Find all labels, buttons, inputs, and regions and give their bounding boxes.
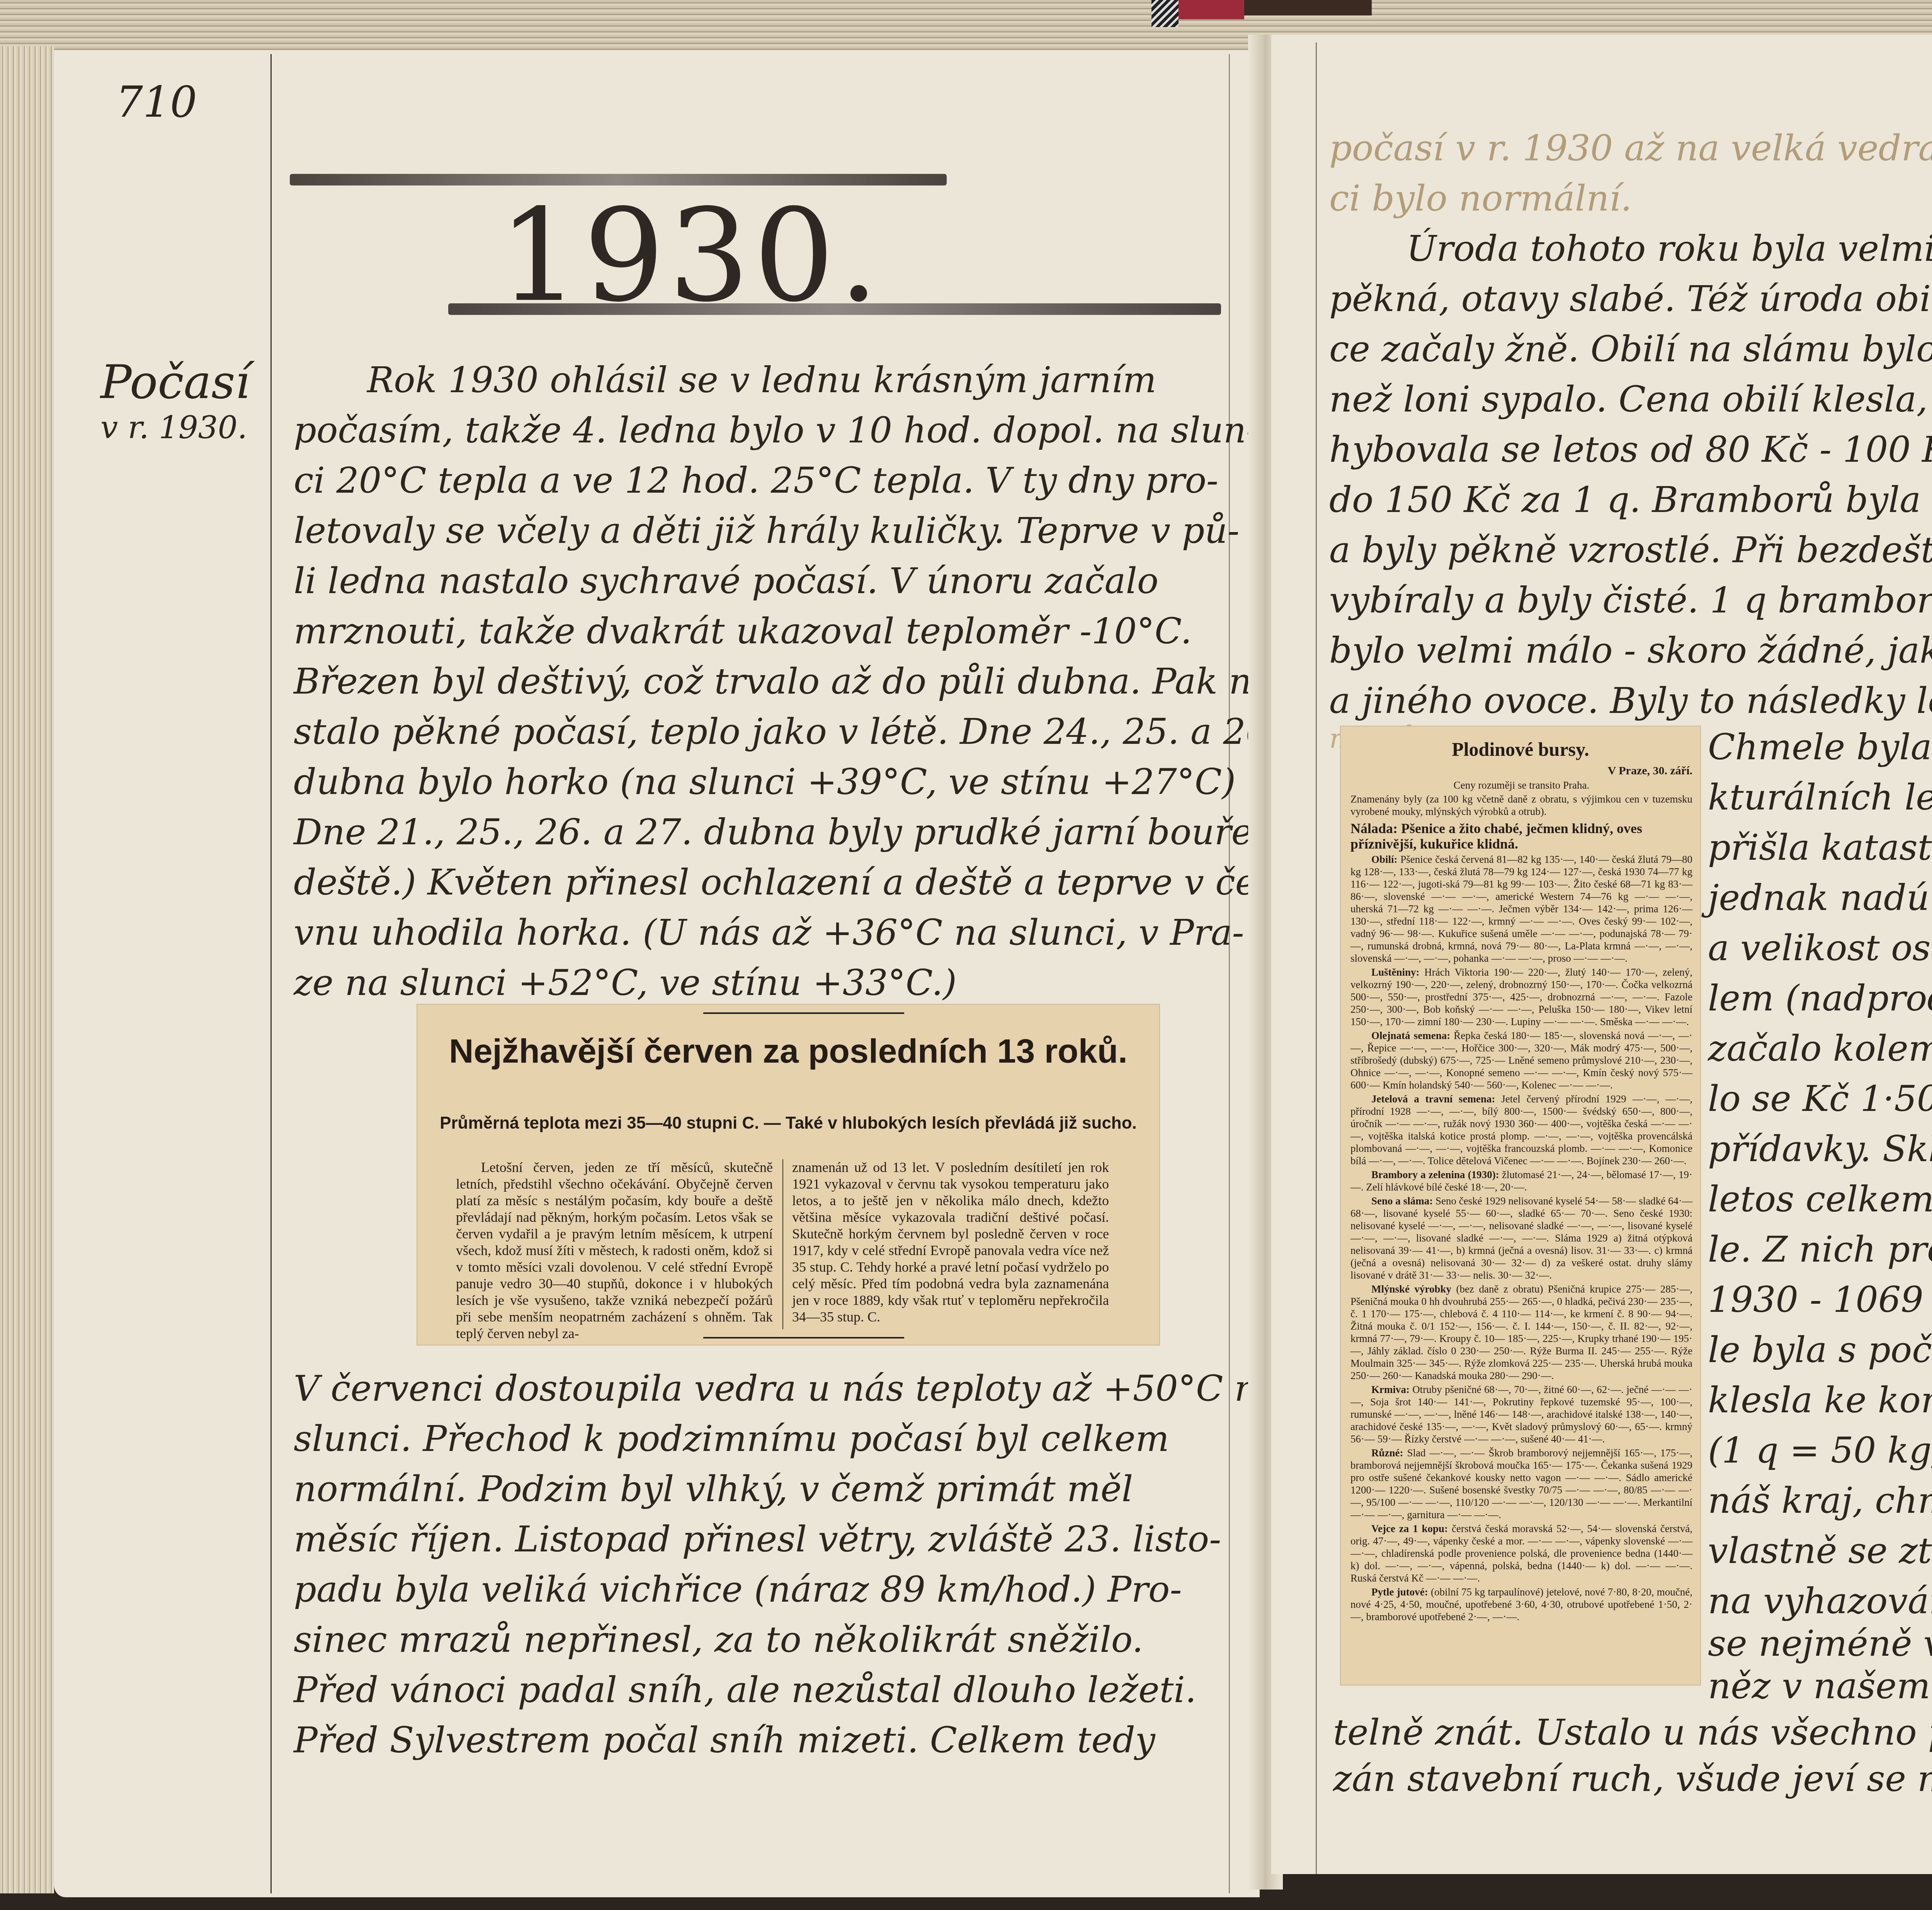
left-page-inner-rule	[1229, 54, 1230, 1893]
text-line: na vyhazování chmelnic (1/3 má	[1708, 1580, 1932, 1622]
page-number-left: 710	[116, 77, 197, 127]
text-line: Před vánoci padal sníh, ale nezůstal dlo…	[294, 1669, 1196, 1711]
text-line: do 150 Kč za 1 q. Bramborů byla letos op…	[1329, 479, 1932, 520]
clipping-market-mood: Nálada: Pšenice a žito chabé, ječmen kli…	[1350, 821, 1692, 852]
margin-note-weather: Počasí	[100, 355, 250, 409]
text-line: Dne 21., 25., 26. a 27. dubna byly prudk…	[294, 811, 1333, 853]
text-line: zán stavební ruch, všude jeví se nedosta…	[1333, 1758, 1932, 1799]
text-line: začalo kolem 20. srpna. Plati-	[1708, 1028, 1932, 1069]
clipping-column-divider	[782, 1159, 783, 1329]
clipping-section-oilseeds: Olejnatá semena: Řepka česká 180·— 185·—…	[1350, 1029, 1692, 1091]
text-line: letovaly se včely a děti již hrály kulič…	[294, 510, 1240, 551]
clipping-headline: Nejžhavější červen za posledních 13 roků…	[417, 1032, 1159, 1070]
text-line: Březen byl deštivý, což trvalo až do půl…	[294, 661, 1285, 702]
clipping-note: Ceny rozuměji se transito Praha.	[1350, 779, 1692, 791]
text-line: le byla s počátku 450 Kč, která	[1708, 1329, 1932, 1371]
text-line: měsíc říjen. Listopad přinesl větry, zvl…	[294, 1519, 1221, 1560]
text-line: než loni sypalo. Cena obilí klesla, takž…	[1329, 379, 1932, 420]
bookmark-ribbon-red	[1179, 0, 1244, 19]
text-line: le. Z nich prodáno do konce r.	[1708, 1229, 1932, 1270]
text-line: padu byla veliká vichřice (náraz 89 km/h…	[294, 1569, 1182, 1610]
text-line: se nejméně vyhodit.) Úbytek pe-	[1708, 1623, 1932, 1664]
clipping-section-jute-bags: Pytle jutové: (obilní 75 kg tarpaulínové…	[1350, 1586, 1692, 1623]
clipping-section-hay-straw: Seno a sláma: Seno české 1929 nelisované…	[1350, 1195, 1692, 1281]
year-heading-bar-bottom	[448, 303, 1221, 315]
text-line: a byly pěkně vzrostlé. Při bezdeštném po…	[1329, 529, 1932, 571]
clipping-section-grain: Obilí: Pšenice česká červená 81—82 kg 13…	[1350, 853, 1692, 964]
clipping-section-clover-grass-seeds: Jetelová a travní semena: Jetel červený …	[1350, 1093, 1692, 1167]
clipping-dateline: V Praze, 30. září.	[1341, 764, 1692, 777]
clipping-section-potatoes-vegetables: Brambory a zelenina (1930): žlutomasé 21…	[1350, 1168, 1692, 1193]
clipping-subheadline: Průměrná teplota mezi 35—40 stupni C. — …	[433, 1113, 1144, 1134]
text-line: přídavky. Sklidilo se v naší obci	[1708, 1128, 1932, 1170]
text-line: Chmele byla nadúroda. Po konjun-	[1708, 726, 1932, 768]
clipping-section-legumes: Luštěniny: Hrách Viktoria 190·— 220·—, ž…	[1350, 966, 1692, 1028]
text-line: lem (nadprodukce.) Česati se	[1708, 978, 1932, 1019]
text-line: deště.) Květen přinesl ochlazení a deště…	[294, 862, 1285, 903]
text-line: sinec mrazů nepřinesl, za to několikrát …	[294, 1619, 1143, 1660]
text-line: li ledna nastalo sychravé počasí. V únor…	[294, 560, 1158, 602]
clipping-column-2: znamenán už od 13 let. V posledním desít…	[792, 1159, 1109, 1325]
text-line: 1930 - 1069 žoků. Cena 1 q chme-	[1708, 1279, 1932, 1320]
text-line: klesla ke konci roku na 200 Kč	[1708, 1379, 1932, 1421]
text-line: ze na slunci +52°C, ve stínu +33°C.)	[294, 962, 957, 1003]
bookmark-ribbon-striped	[1151, 0, 1179, 27]
text-line: lo se Kč 1·50 od věrtele a obvyklé	[1708, 1078, 1932, 1119]
clipping-column-1: Letošní červen, jeden ze tří měsíců, sku…	[456, 1159, 773, 1342]
text-line: dubna bylo horko (na slunci +39°C, ve st…	[294, 761, 1236, 803]
text-line: něz v našem kraji všude je ci-	[1708, 1665, 1932, 1707]
left-margin-rule	[270, 54, 272, 1893]
text-line: přišla katastrofa. Způsobila ji	[1708, 827, 1932, 868]
text-line: pěkná, otavy slabé. Též úroda obilí hojn…	[1329, 278, 1932, 320]
right-page-inner-rule	[1316, 43, 1317, 1874]
clipping-intro: Znamenány byly (za 100 kg včetně daně z …	[1350, 793, 1692, 818]
text-line: Před Sylvestrem počal sníh mizeti. Celke…	[294, 1720, 1155, 1761]
margin-note-weather-year: v r. 1930.	[100, 410, 247, 446]
text-line: ci 20°C tepla a ve 12 hod. 25°C tepla. V…	[294, 460, 1218, 501]
text-line: ce začaly žně. Obilí na slámu bylo hodně…	[1329, 328, 1932, 370]
bookmark-ribbon-dark	[1244, 0, 1372, 15]
text-line: vlastně se ztrátou. Všude padá se	[1708, 1530, 1932, 1572]
text-line: letos celkem 1800 balíků chme-	[1708, 1179, 1932, 1220]
text-line: telně znát. Ustalo u nás všechno podniká…	[1333, 1712, 1932, 1753]
text-line: jednak nadúroda posledních let	[1708, 877, 1932, 918]
text-line: vnu uhodila horka. (U nás až +36°C na sl…	[294, 912, 1244, 953]
text-line: kturálních letech pro chmelaře	[1708, 777, 1932, 818]
text-line: slunci. Přechod k podzimnímu počasí byl …	[294, 1418, 1169, 1459]
text-line: počasím, takže 4. ledna bylo v 10 hod. d…	[294, 410, 1258, 451]
text-line: (1 q = 50 kg). Je to kritické pro	[1708, 1430, 1932, 1471]
text-line: počasí v r. 1930 až na velká vedra v čer…	[1329, 128, 1932, 169]
text-line: V červenci dostoupila vedra u nás teplot…	[294, 1368, 1279, 1409]
text-line: bylo velmi málo - skoro žádné, jakož i j…	[1329, 630, 1932, 671]
clipping-section-misc: Různé: Slad —·—, —·— Škrob bramborový ne…	[1350, 1447, 1692, 1521]
text-line: mrznouti, takže dvakrát ukazoval teplomě…	[294, 611, 1192, 652]
text-line: a jiného ovoce. Byly to následky loňskýc…	[1329, 680, 1932, 721]
newspaper-clipping-june-heat: Nejžhavější červen za posledních 13 roků…	[417, 1005, 1159, 1345]
clipping-section-mill-products: Mlýnské výrobky (bez daně z obratu) Pšen…	[1350, 1283, 1692, 1382]
text-line: ci bylo normální.	[1329, 178, 1632, 219]
text-line: stalo pěkné počasí, teplo jako v létě. D…	[294, 711, 1279, 752]
clipping-ornament-bottom	[703, 1337, 904, 1339]
newspaper-clipping-commodity-exchange: Plodinové bursy. V Praze, 30. září. Ceny…	[1341, 726, 1700, 1685]
page-stack-left-edge	[0, 46, 54, 1893]
text-line: normální. Podzim byl vlhký, v čemž primá…	[294, 1468, 1133, 1510]
clipping-section-feed: Krmiva: Otruby pšeničné 68·—, 70·—, žitn…	[1350, 1383, 1692, 1445]
text-line: vybíraly a byly čisté. 1 q bramborů byl …	[1329, 580, 1932, 621]
text-line: hybovala se letos od 80 Kč - 100 Kč za 1…	[1329, 429, 1932, 470]
clipping-ornament-top	[703, 1012, 904, 1014]
text-line: Úroda tohoto roku byla velmi dobrá. Sena…	[1406, 228, 1932, 269]
text-line: a velikost osázené plochy chme-	[1708, 927, 1932, 969]
text-line: náš kraj, chmel je prodáván	[1708, 1480, 1932, 1521]
clipping-section-eggs: Vejce za 1 kopu: čerstvá česká moravská …	[1350, 1522, 1692, 1584]
text-line: Rok 1930 ohlásil se v lednu krásným jarn…	[367, 359, 1156, 401]
clipping-title: Plodinové bursy.	[1341, 738, 1700, 760]
